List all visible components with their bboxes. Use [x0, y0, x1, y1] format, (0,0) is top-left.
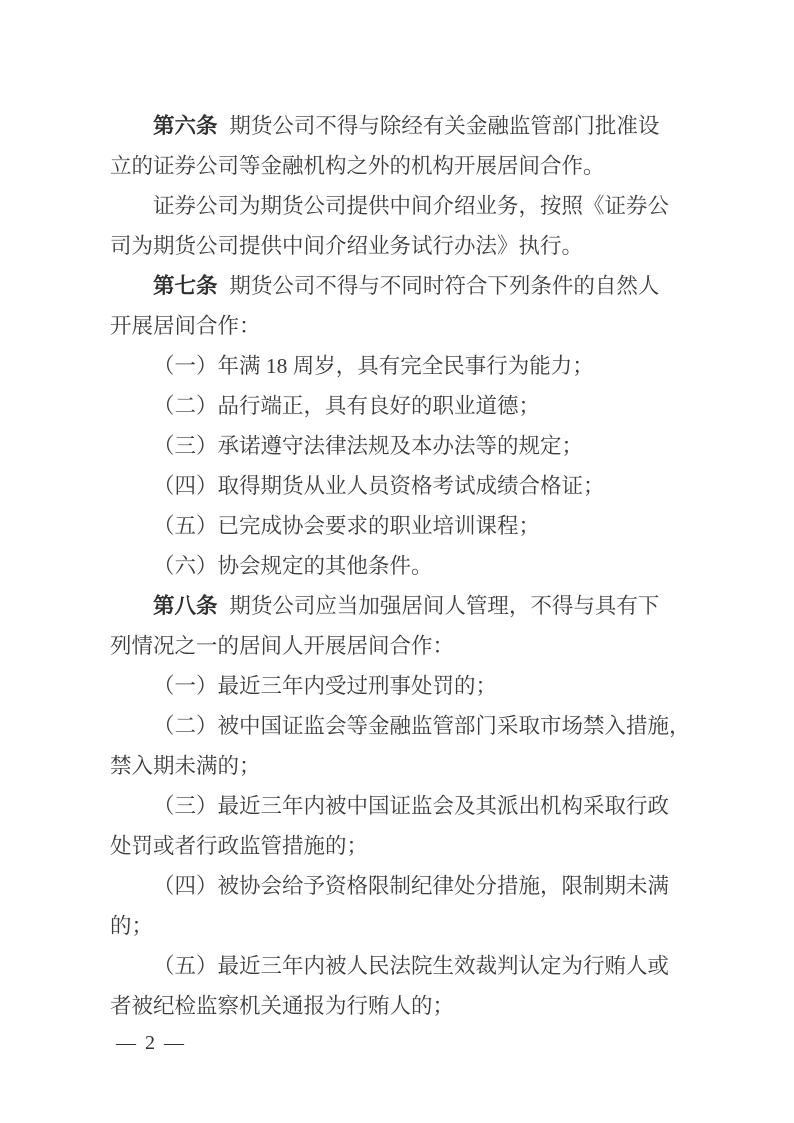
article-number: 第六条	[153, 114, 218, 138]
document-line: 立的证券公司等金融机构之外的机构开展居间合作。	[110, 146, 706, 186]
document-line: 的；	[110, 906, 706, 946]
document-line: 禁入期未满的；	[110, 746, 706, 786]
line-text: （三）承诺遵守法律法规及本办法等的规定；	[153, 434, 583, 458]
line-text: （五）最近三年内被人民法院生效裁判认定为行贿人或	[153, 954, 669, 978]
document-line: 第六条期货公司不得与除经有关金融监管部门批准设	[110, 106, 706, 146]
document-line: （五）已完成协会要求的职业培训课程；	[110, 506, 706, 546]
line-text: 期货公司不得与除经有关金融监管部门批准设	[229, 114, 659, 138]
line-text: 立的证券公司等金融机构之外的机构开展居间合作。	[110, 154, 605, 178]
document-line: （一）最近三年内受过刑事处罚的；	[110, 666, 706, 706]
document-line: （三）最近三年内被中国证监会及其派出机构采取行政	[110, 786, 706, 826]
line-text: （四）取得期货从业人员资格考试成绩合格证；	[153, 474, 605, 498]
document-line: （二）品行端正，具有良好的职业道德；	[110, 386, 706, 426]
document-line: 开展居间合作：	[110, 306, 706, 346]
article-number: 第七条	[153, 274, 218, 298]
article-number: 第八条	[153, 594, 218, 618]
document-line: 处罚或者行政监管措施的；	[110, 826, 706, 866]
page-number: — 2 —	[116, 1028, 186, 1058]
document-line: 者被纪检监察机关通报为行贿人的；	[110, 986, 706, 1026]
line-text: （一）年满 18 周岁，具有完全民事行为能力；	[153, 354, 594, 378]
line-text: 证券公司为期货公司提供中间介绍业务，按照《证券公	[153, 194, 669, 218]
document-line: （六）协会规定的其他条件。	[110, 546, 706, 586]
line-text: 处罚或者行政监管措施的；	[110, 834, 368, 858]
document-line: 第八条期货公司应当加强居间人管理，不得与具有下	[110, 586, 706, 626]
line-text: 司为期货公司提供中间介绍业务试行办法》执行。	[110, 234, 583, 258]
document-line: （一）年满 18 周岁，具有完全民事行为能力；	[110, 346, 706, 386]
document-line: 证券公司为期货公司提供中间介绍业务，按照《证券公	[110, 186, 706, 226]
document-line: 列情况之一的居间人开展居间合作：	[110, 626, 706, 666]
line-text: 开展居间合作：	[110, 314, 261, 338]
line-text: 期货公司应当加强居间人管理，不得与具有下	[229, 594, 659, 618]
line-text: （四）被协会给予资格限制纪律处分措施，限制期未满	[153, 874, 669, 898]
line-text: 者被纪检监察机关通报为行贿人的；	[110, 994, 454, 1018]
line-text: 禁入期未满的；	[110, 754, 261, 778]
line-text: 的；	[110, 914, 153, 938]
line-text: 期货公司不得与不同时符合下列条件的自然人	[229, 274, 659, 298]
document-line: （五）最近三年内被人民法院生效裁判认定为行贿人或	[110, 946, 706, 986]
line-text: （三）最近三年内被中国证监会及其派出机构采取行政	[153, 794, 669, 818]
document-line: （三）承诺遵守法律法规及本办法等的规定；	[110, 426, 706, 466]
document-line: 司为期货公司提供中间介绍业务试行办法》执行。	[110, 226, 706, 266]
document-line: （四）取得期货从业人员资格考试成绩合格证；	[110, 466, 706, 506]
document-line: 第七条期货公司不得与不同时符合下列条件的自然人	[110, 266, 706, 306]
line-text: （五）已完成协会要求的职业培训课程；	[153, 514, 540, 538]
document-page: 第六条期货公司不得与除经有关金融监管部门批准设立的证券公司等金融机构之外的机构开…	[0, 0, 794, 1123]
document-body: 第六条期货公司不得与除经有关金融监管部门批准设立的证券公司等金融机构之外的机构开…	[110, 106, 706, 1026]
line-text: 列情况之一的居间人开展居间合作：	[110, 634, 454, 658]
line-text: （一）最近三年内受过刑事处罚的；	[153, 674, 497, 698]
line-text: （二）被中国证监会等金融监管部门采取市场禁入措施，	[153, 714, 691, 738]
document-line: （四）被协会给予资格限制纪律处分措施，限制期未满	[110, 866, 706, 906]
document-line: （二）被中国证监会等金融监管部门采取市场禁入措施，	[110, 706, 706, 746]
line-text: （二）品行端正，具有良好的职业道德；	[153, 394, 540, 418]
line-text: （六）协会规定的其他条件。	[153, 554, 433, 578]
